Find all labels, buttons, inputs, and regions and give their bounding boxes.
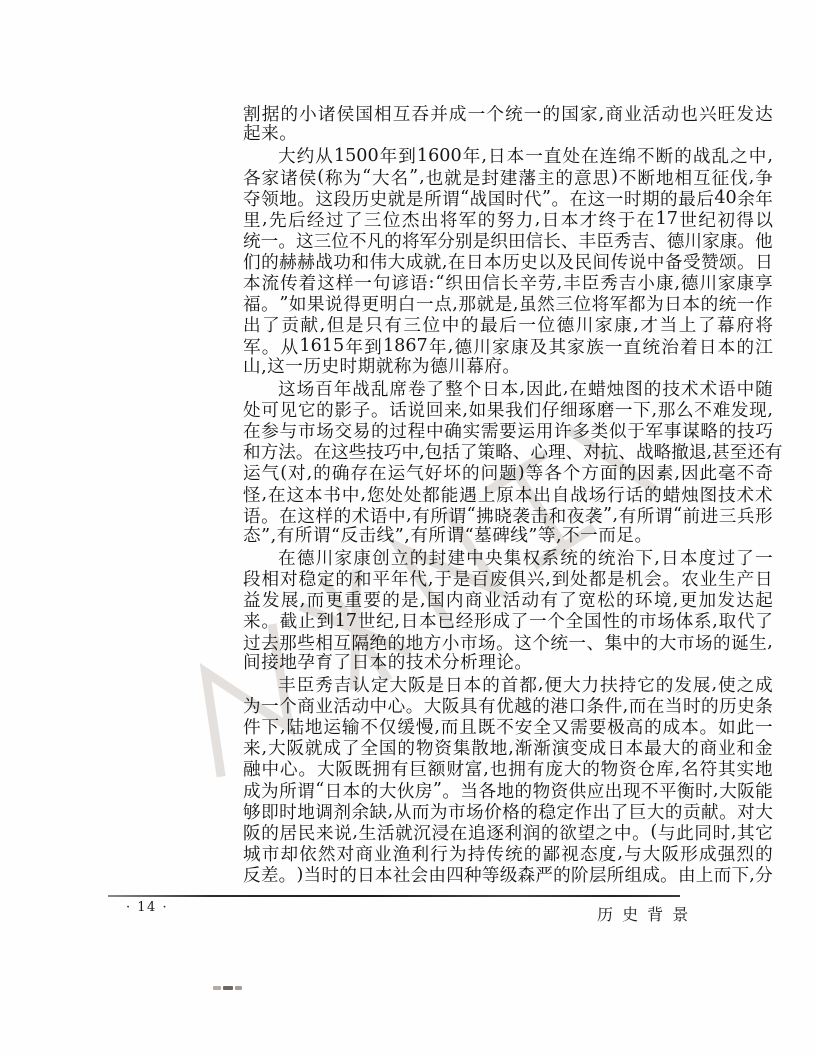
text-line: 益发展,而更重要的是,国内商业活动有了宽松的环境,更加发达起 xyxy=(243,589,773,610)
section-title: 历 史 背 景 xyxy=(597,902,690,925)
text-line: 阪的居民来说,生活就沉浸在追逐利润的欲望之中。(与此同时,其它 xyxy=(243,822,773,843)
text-line: 怪,在这本书中,您处处都能遇上原本出自战场行话的蜡烛图技术术 xyxy=(243,484,773,505)
footer-rule xyxy=(108,895,680,897)
text-line: 和方法。在这些技巧中,包括了策略、心理、对抗、战略撤退,甚至还有 xyxy=(243,441,773,462)
text-line: 在参与市场交易的过程中确实需要运用许多类似于军事谋略的技巧 xyxy=(243,420,773,441)
text-line: 军。从1615年到1867年,德川家康及其家族一直统治着日本的江 xyxy=(243,336,773,357)
text-line: 成为所谓“日本的大伙房”。当各地的物资供应出现不平衡时,大阪能 xyxy=(243,780,773,801)
scan-smudge xyxy=(213,985,247,991)
text-line: 夺领地。这段历史就是所谓“战国时代”。在这一时期的最后40余年 xyxy=(243,188,773,209)
paragraph: 大约从1500年到1600年,日本一直处在连绵不断的战乱之中,各家诸侯(称为“大… xyxy=(243,145,773,378)
text-line: 出了贡献,但是只有三位中的最后一位德川家康,才当上了幕府将 xyxy=(243,314,773,335)
scanned-page: 割据的小诸侯国相互吞并成一个统一的国家,商业活动也兴旺发达起来。大约从1500年… xyxy=(0,0,816,1056)
paragraph: 割据的小诸侯国相互吞并成一个统一的国家,商业活动也兴旺发达起来。 xyxy=(243,103,773,145)
text-line: 语。在这样的术语中,有所谓“拂晓袭击和夜袭”,有所谓“前进三兵形 xyxy=(243,505,773,526)
text-line: 山,这一历史时期就称为德川幕府。 xyxy=(243,357,773,378)
text-line: 城市却依然对商业渔利行为持传统的鄙视态度,与大阪形成强烈的 xyxy=(243,843,773,864)
text-line: 件下,陆地运输不仅缓慢,而且既不安全又需要极高的成本。如此一 xyxy=(243,716,773,737)
text-line: 里,先后经过了三位杰出将军的努力,日本才终于在17世纪初得以 xyxy=(243,209,773,230)
text-line: 统一。这三位不凡的将军分别是织田信长、丰臣秀吉、德川家康。他 xyxy=(243,230,773,251)
paragraph: 丰臣秀吉认定大阪是日本的首都,便大力扶持它的发展,使之成为一个商业活动中心。大阪… xyxy=(243,674,773,885)
text-line: 来。截止到17世纪,日本已经形成了一个全国性的市场体系,取代了 xyxy=(243,610,773,631)
paragraph: 这场百年战乱席卷了整个日本,因此,在蜡烛图的技术术语中随处可见它的影子。话说回来… xyxy=(243,378,773,547)
text-line: 够即时地调剂余缺,从而为市场价格的稳定作出了巨大的贡献。对大 xyxy=(243,801,773,822)
body-text: 割据的小诸侯国相互吞并成一个统一的国家,商业活动也兴旺发达起来。大约从1500年… xyxy=(243,103,773,885)
text-line: 融中心。大阪既拥有巨额财富,也拥有庞大的物资仓库,名符其实地 xyxy=(243,758,773,779)
text-line: 为一个商业活动中心。大阪具有优越的港口条件,而在当时的历史条 xyxy=(243,695,773,716)
text-line: 大约从1500年到1600年,日本一直处在连绵不断的战乱之中, xyxy=(243,145,773,166)
text-line: 们的赫赫战功和伟大成就,在日本历史以及民间传说中备受赞颂。日 xyxy=(243,251,773,272)
text-line: 反差。)当时的日本社会由四种等级森严的阶层所组成。由上而下,分 xyxy=(243,864,773,885)
text-line: 丰臣秀吉认定大阪是日本的首都,便大力扶持它的发展,使之成 xyxy=(243,674,773,695)
text-line: 本流传着这样一句谚语:“织田信长辛劳,丰臣秀吉小康,德川家康享 xyxy=(243,272,773,293)
text-line: 间接地孕育了日本的技术分析理论。 xyxy=(243,653,773,674)
text-line: 过去那些相互隔绝的地方小市场。这个统一、集中的大市场的诞生, xyxy=(243,632,773,653)
paragraph: 在德川家康创立的封建中央集权系统的统治下,日本度过了一段相对稳定的和平年代,于是… xyxy=(243,547,773,674)
text-line: 来,大阪就成了全国的物资集散地,渐渐演变成日本最大的商业和金 xyxy=(243,737,773,758)
text-line: 在德川家康创立的封建中央集权系统的统治下,日本度过了一 xyxy=(243,547,773,568)
text-line: 这场百年战乱席卷了整个日本,因此,在蜡烛图的技术术语中随 xyxy=(243,378,773,399)
text-line: 各家诸侯(称为“大名”,也就是封建藩主的意思)不断地相互征伐,争 xyxy=(243,166,773,187)
text-line: 起来。 xyxy=(243,124,773,145)
text-line: 段相对稳定的和平年代,于是百废俱兴,到处都是机会。农业生产日 xyxy=(243,568,773,589)
text-line: 运气(对,的确存在运气好坏的问题)等各个方面的因素,因此毫不奇 xyxy=(243,462,773,483)
text-line: 态”,有所谓“反击线”,有所谓“墓碑线”等,不一而足。 xyxy=(243,526,773,547)
text-line: 处可见它的影子。话说回来,如果我们仔细琢磨一下,那么不难发现, xyxy=(243,399,773,420)
text-line: 割据的小诸侯国相互吞并成一个统一的国家,商业活动也兴旺发达 xyxy=(243,103,773,124)
text-line: 福。”如果说得更明白一点,那就是,虽然三位将军都为日本的统一作 xyxy=(243,293,773,314)
page-number: · 14 · xyxy=(126,900,168,915)
